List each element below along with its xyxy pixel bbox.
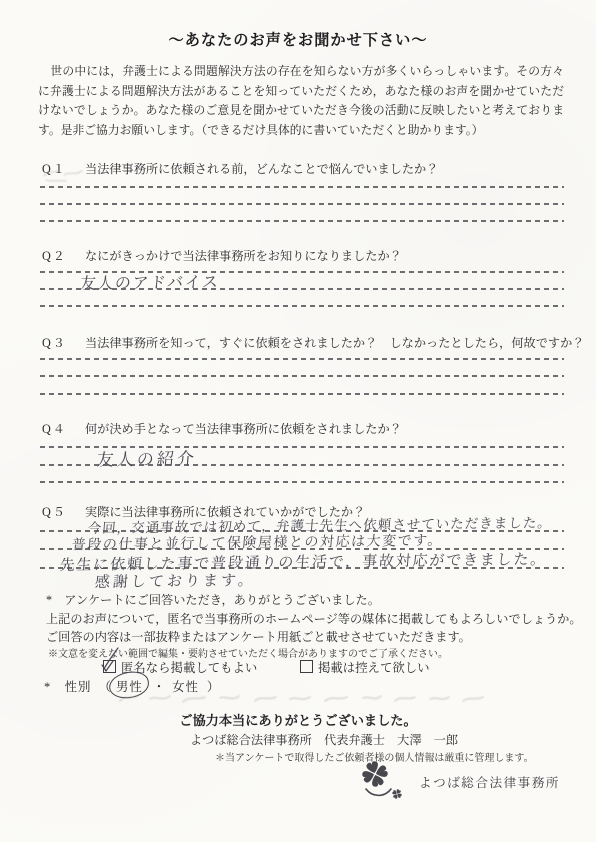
answer-line (40, 305, 564, 307)
question-3-number: Q３ (42, 334, 85, 351)
answer-line (40, 186, 564, 188)
office-signature: よつば総合法律事務所 代表弁護士 大澤 一郎 (190, 731, 458, 748)
question-3-text: 当法律事務所を知って，すぐに依頼をされましたか？ しなかったとしたら，何故ですか… (85, 336, 584, 350)
question-2-number: Q２ (42, 247, 85, 264)
answer-line (40, 481, 564, 483)
four-leaf-clover-icon (354, 758, 412, 802)
gender-label: * 性別 （ (44, 680, 112, 694)
question-4-text: 何が決め手となって当法律事務所に依頼をされましたか？ (85, 422, 402, 436)
answer-line (40, 220, 564, 222)
checkbox-option-decline-publication: 掲載は控えて欲しい (300, 658, 430, 676)
closing-thanks: ご協力本当にありがとうございました。 (0, 710, 596, 729)
handwritten-answer-q4: 友人の紹介 (96, 444, 198, 470)
publication-request-line1: 上記のお声について，匿名で当事務所のホームページ等の媒体に掲載してもよろしいでし… (46, 610, 582, 627)
question-5-number: Q５ (42, 503, 85, 520)
answer-line (40, 567, 564, 569)
answer-line (40, 375, 564, 377)
page-title: 〜あなたのお声をお聞かせ下さい〜 (0, 29, 596, 50)
question-2: Q２なにがきっかけで当法律事務所をお知りになりましたか？ (42, 247, 572, 264)
questionnaire-scan-page: 〜あなたのお声をお聞かせ下さい〜 世の中には，弁護士による問題解決方法の存在を知… (0, 0, 596, 842)
checkbox-decline-label: 掲載は控えて欲しい (318, 661, 430, 675)
publication-request-line2: ご回答の内容は一部抜粋またはアンケート用紙ごと載せさせていただきます。 (46, 628, 471, 645)
survey-thanks-note: * アンケートにご回答いただき，ありがとうございました。 (46, 591, 380, 608)
handwritten-answer-q2: 友人のアドバイス (79, 269, 220, 294)
office-logo-name: よつば総合法律事務所 (419, 772, 560, 791)
answer-line (40, 203, 564, 205)
faint-ink-smudge (40, 166, 100, 184)
bleed-through-handwriting (115, 691, 495, 709)
answer-line (40, 464, 564, 466)
question-2-text: なにがきっかけで当法律事務所をお知りになりましたか？ (85, 249, 402, 263)
handwritten-answer-q5-line4: 感謝しております。 (94, 569, 257, 592)
answer-line (40, 288, 564, 290)
question-1-text: 当法律事務所に依頼される前，どんなことで悩んでいましたか？ (85, 162, 438, 176)
checkbox-allow-box (103, 660, 116, 673)
answer-line (40, 393, 564, 395)
answer-line (40, 358, 564, 360)
question-1: Q１当法律事務所に依頼される前，どんなことで悩んでいましたか？ (42, 160, 572, 177)
question-3: Q３当法律事務所を知って，すぐに依頼をされましたか？ しなかったとしたら，何故で… (42, 334, 572, 351)
handwritten-check-icon (99, 646, 123, 676)
question-4: Q４何が決め手となって当法律事務所に依頼をされましたか？ (42, 420, 572, 437)
intro-paragraph: 世の中には，弁護士による問題解決方法の存在を知らない方が多くいらっしゃいます。そ… (38, 62, 564, 140)
question-4-number: Q４ (42, 420, 85, 437)
checkbox-decline-box (300, 660, 313, 673)
